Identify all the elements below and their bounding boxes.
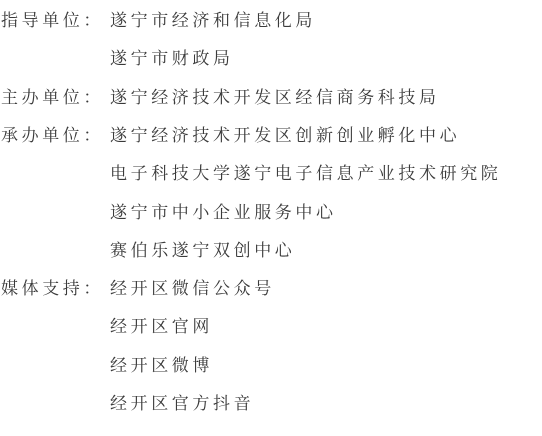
guiding-unit-label: 指导单位：	[1, 2, 104, 40]
guiding-unit-item: 遂宁市经济和信息化局	[110, 2, 316, 40]
organizing-unit-row: 电子科技大学遂宁电子信息产业技术研究院	[0, 155, 542, 193]
organizing-unit-row: 赛伯乐遂宁双创中心	[0, 232, 542, 270]
media-support-item: 经开区微博	[110, 347, 213, 385]
media-support-row: 经开区微博	[0, 347, 542, 385]
organizing-unit-item: 赛伯乐遂宁双创中心	[110, 232, 295, 270]
media-support-item: 经开区微信公众号	[110, 270, 275, 308]
host-unit-label: 主办单位：	[1, 79, 104, 117]
organizing-unit-item: 电子科技大学遂宁电子信息产业技术研究院	[110, 155, 501, 193]
guiding-unit-row: 指导单位： 遂宁市经济和信息化局	[0, 2, 542, 40]
media-support-item: 经开区官方抖音	[110, 385, 254, 423]
guiding-unit-item: 遂宁市财政局	[110, 40, 234, 78]
guiding-unit-row: 遂宁市财政局	[0, 40, 542, 78]
organizing-unit-row: 遂宁市中小企业服务中心	[0, 194, 542, 232]
organizing-unit-label: 承办单位：	[1, 117, 104, 155]
media-support-row: 经开区官方抖音	[0, 385, 542, 423]
media-support-row: 媒体支持： 经开区微信公众号	[0, 270, 542, 308]
organizing-unit-row: 承办单位： 遂宁经济技术开发区创新创业孵化中心	[0, 117, 542, 155]
host-unit-item: 遂宁经济技术开发区经信商务科技局	[110, 79, 440, 117]
media-support-row: 经开区官网	[0, 308, 542, 346]
media-support-label: 媒体支持：	[1, 270, 104, 308]
organizing-unit-item: 遂宁经济技术开发区创新创业孵化中心	[110, 117, 460, 155]
organizing-unit-item: 遂宁市中小企业服务中心	[110, 194, 337, 232]
host-unit-row: 主办单位： 遂宁经济技术开发区经信商务科技局	[0, 79, 542, 117]
media-support-item: 经开区官网	[110, 308, 213, 346]
